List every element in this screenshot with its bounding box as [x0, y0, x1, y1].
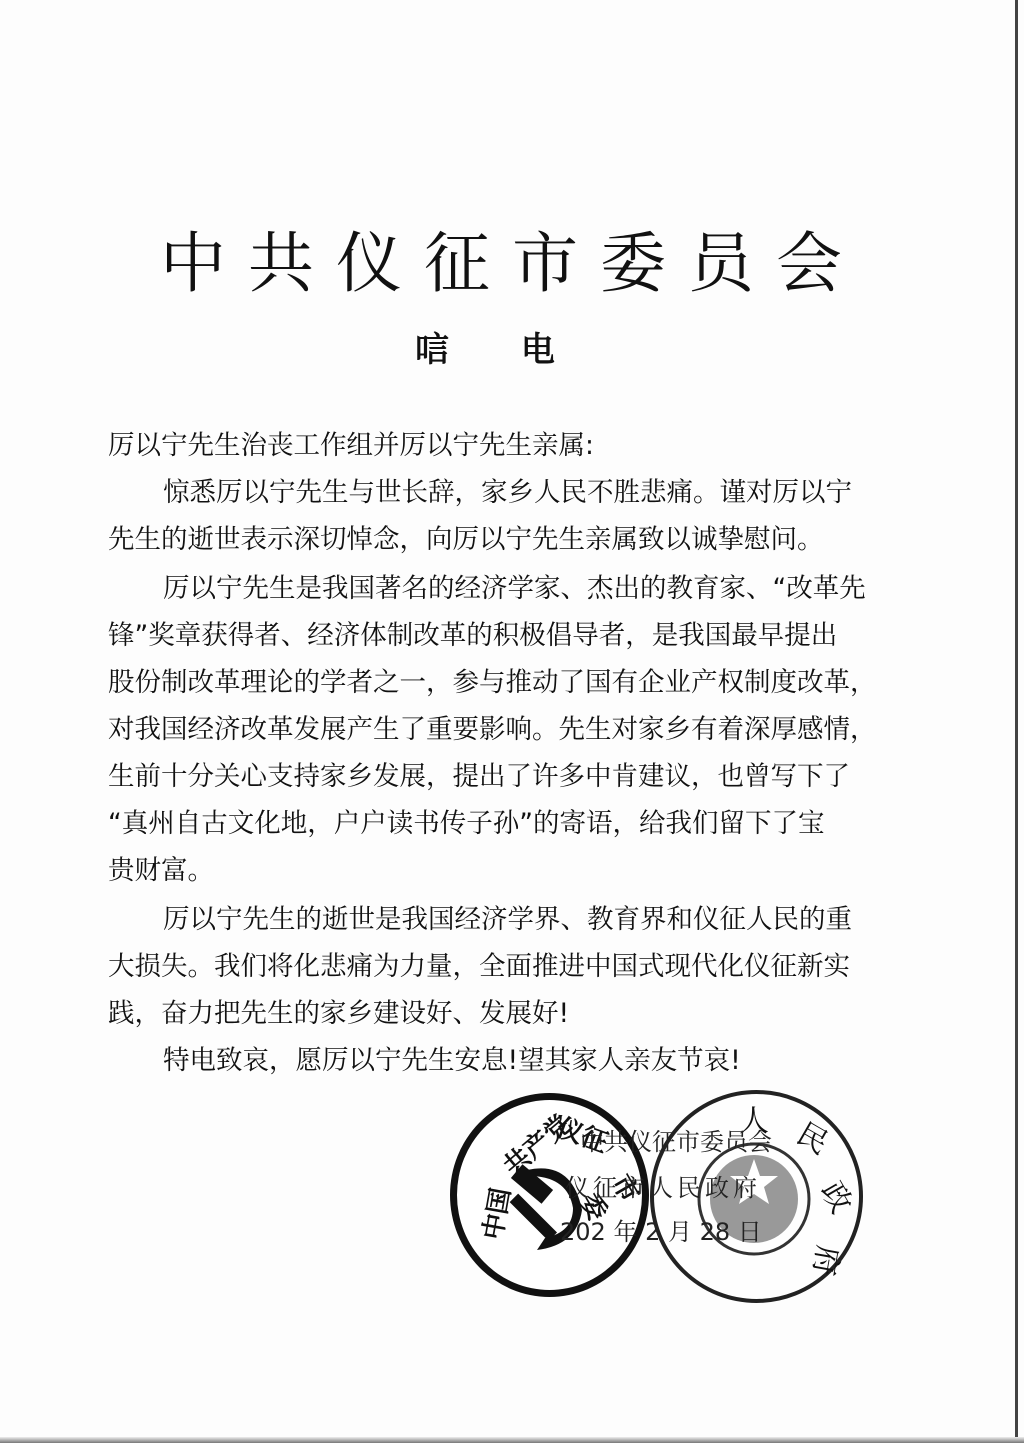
body-line: 惊悉厉以宁先生与世长辞，家乡人民不胜悲痛。谨对厉以宁	[108, 469, 892, 516]
document-title: 中共仪征市委员会	[0, 210, 1024, 305]
body-line: 大损失。我们将化悲痛为力量，全面推进中国式现代化仪征新实	[108, 943, 892, 990]
document-subtitle: 唁 电	[0, 322, 1000, 371]
signature-date: 202 年 2 月 28 日	[560, 1212, 762, 1247]
scan-edge-bottom	[0, 1437, 1024, 1443]
body-line: 股份制改革理论的学者之一，参与推动了国有企业产权制度改革，	[108, 659, 892, 706]
body-line: 践，奋力把先生的家乡建设好、发展好!	[108, 990, 892, 1037]
salutation: 厉以宁先生治丧工作组并厉以宁先生亲属:	[108, 422, 892, 469]
signature-org2: 仪征市人民政府	[565, 1168, 761, 1203]
body-line: 锋”奖章获得者、经济体制改革的积极倡导者，是我国最早提出	[108, 612, 892, 659]
body-line: 对我国经济改革发展产生了重要影响。先生对家乡有着深厚感情，	[108, 706, 892, 753]
body-line: 厉以宁先生是我国著名的经济学家、杰出的教育家、“改革先	[108, 565, 892, 612]
signature-org1: 中共仪征市委员会	[580, 1122, 772, 1157]
body-line: “真州自古文化地，户户读书传子孙”的寄语，给我们留下了宝	[108, 800, 892, 847]
body-line: 贵财富。	[108, 847, 892, 894]
document-body: 厉以宁先生治丧工作组并厉以宁先生亲属: 惊悉厉以宁先生与世长辞，家乡人民不胜悲痛…	[108, 422, 892, 1084]
body-line: 生前十分关心支持家乡发展，提出了许多中肯建议，也曾写下了	[108, 753, 892, 800]
body-line: 特电致哀，愿厉以宁先生安息!望其家人亲友节哀!	[108, 1037, 892, 1084]
body-line: 先生的逝世表示深切悼念，向厉以宁先生亲属致以诚挚慰问。	[108, 516, 892, 563]
body-line: 厉以宁先生的逝世是我国经济学界、教育界和仪征人民的重	[108, 896, 892, 943]
